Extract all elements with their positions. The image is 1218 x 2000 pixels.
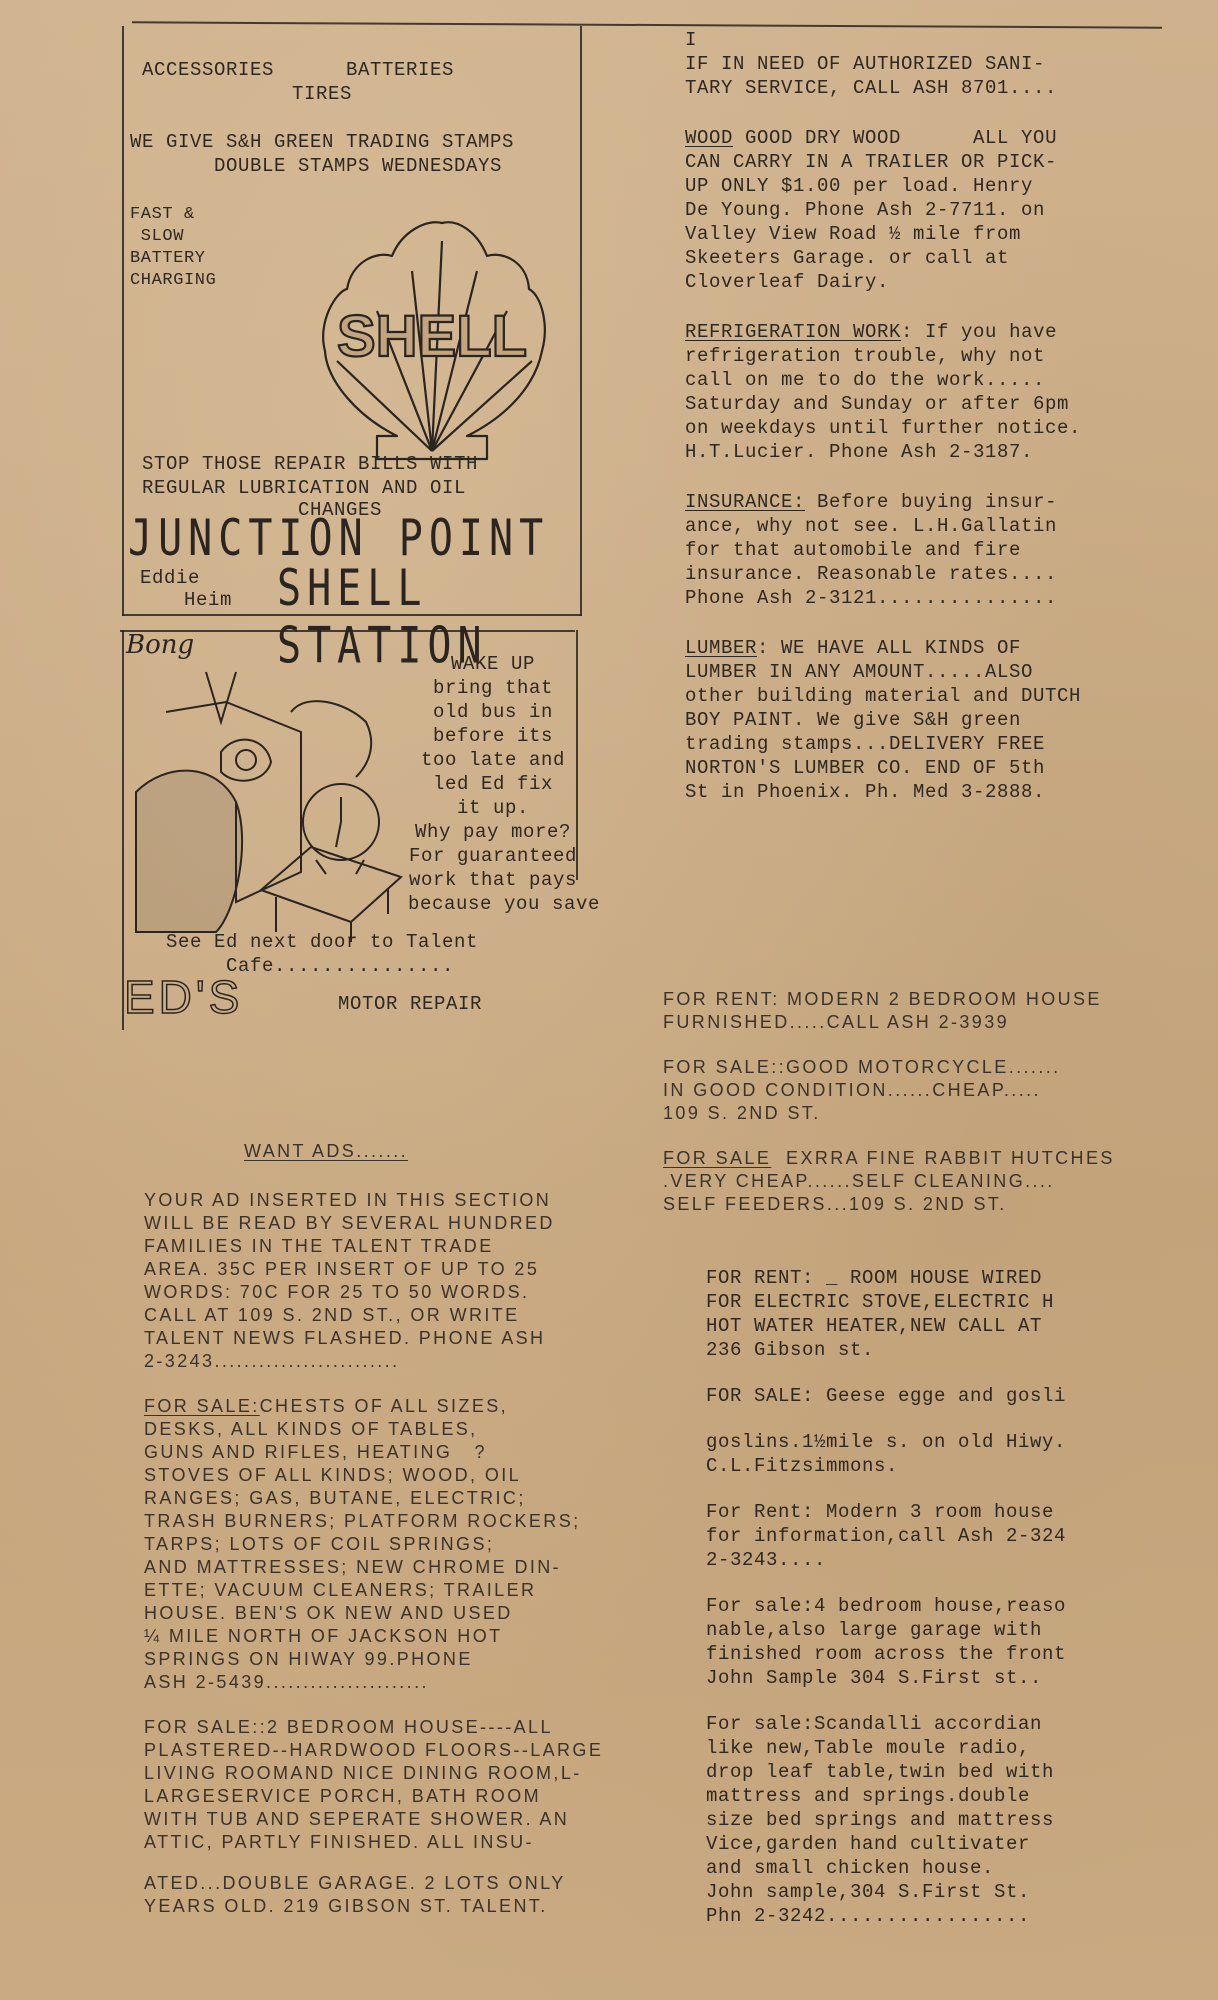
column-marker: I — [685, 28, 1205, 52]
ad-line: LUMBER: WE HAVE ALL KINDS OF — [685, 636, 1205, 660]
ad-line: For Rent: Modern 3 room house — [706, 1500, 1206, 1524]
ad-line: insurance. Reasonable rates.... — [685, 562, 1205, 586]
insurance-label: INSURANCE: — [685, 491, 805, 513]
ad-line: PLASTERED--HARDWOOD FLOORS--LARGE — [144, 1739, 644, 1762]
ad-line: ATED...DOUBLE GARAGE. 2 LOTS ONLY — [144, 1872, 644, 1895]
ad-line: LIVING ROOMAND NICE DINING ROOM,L- — [144, 1762, 644, 1785]
ad-line: FOR SALE::GOOD MOTORCYCLE....... — [663, 1056, 1213, 1079]
ad-line: 109 S. 2ND ST. — [663, 1102, 1213, 1125]
ad-line — [144, 1854, 644, 1872]
shell-accessories-line: ACCESSORIES BATTERIES — [142, 58, 454, 82]
shell-owner-first: Eddie — [140, 566, 200, 590]
ad-line: other building material and DUTCH — [685, 684, 1205, 708]
ad-line: Saturday and Sunday or after 6pm — [685, 392, 1205, 416]
want-ads-intro: YOUR AD INSERTED IN THIS SECTION WILL BE… — [144, 1189, 644, 1373]
ad-line: INSURANCE: Before buying insur- — [685, 490, 1205, 514]
ad-line: FOR SALE:CHESTS OF ALL SIZES, — [144, 1395, 644, 1418]
ad-line: ASH 2-5439...................... — [144, 1671, 644, 1694]
shell-stamps-line: WE GIVE S&H GREEN TRADING STAMPS — [130, 130, 514, 154]
ad-line: UP ONLY $1.00 per load. Henry — [685, 174, 1205, 198]
ad-line: 2-3243......................... — [144, 1350, 644, 1373]
geese-ad: FOR SALE: Geese egge and gosli goslins.1… — [706, 1384, 1206, 1478]
wood-label: WOOD — [685, 127, 733, 149]
ad-line: on weekdays until further notice. — [685, 416, 1205, 440]
ad-line: SPRINGS ON HIWAY 99.PHONE — [144, 1648, 644, 1671]
ad-line: FURNISHED.....CALL ASH 2-3939 — [663, 1011, 1213, 1034]
ad-line: NORTON'S LUMBER CO. END OF 5th — [685, 756, 1205, 780]
shell-box-left-border — [122, 26, 124, 616]
lumber-ad: LUMBER: WE HAVE ALL KINDS OF LUMBER IN A… — [685, 636, 1205, 804]
ad-line: REFRIGERATION WORK: If you have — [685, 320, 1205, 344]
four-bedroom-house-ad: For sale:4 bedroom house,reaso nable,als… — [706, 1594, 1206, 1690]
ad-line: drop leaf table,twin bed with — [706, 1760, 1206, 1784]
ad-line: For sale:4 bedroom house,reaso — [706, 1594, 1206, 1618]
ad-line: YOUR AD INSERTED IN THIS SECTION — [144, 1189, 644, 1212]
ad-line: TRASH BURNERS; PLATFORM ROCKERS; — [144, 1510, 644, 1533]
ad-line: WILL BE READ BY SEVERAL HUNDRED — [144, 1212, 644, 1235]
ad-line: DESKS, ALL KINDS OF TABLES, — [144, 1418, 644, 1441]
right-column-mid-ads: FOR RENT: MODERN 2 BEDROOM HOUSE FURNISH… — [663, 988, 1213, 1216]
ad-line: TALENT NEWS FLASHED. PHONE ASH — [144, 1327, 644, 1350]
ad-line: De Young. Phone Ash 2-7711. on — [685, 198, 1205, 222]
junction-point-title: JUNCTION POINT — [128, 510, 549, 568]
ad-line: IF IN NEED OF AUTHORIZED SANI- — [685, 52, 1205, 76]
ad-line: trading stamps...DELIVERY FREE — [685, 732, 1205, 756]
eds-tagline: MOTOR REPAIR — [338, 992, 482, 1016]
ad-line: mattress and springs.double — [706, 1784, 1206, 1808]
ad-line: FOR SALE EXRRA FINE RABBIT HUTCHES — [663, 1147, 1213, 1170]
right-column-top-ads: I IF IN NEED OF AUTHORIZED SANI- TARY SE… — [685, 28, 1205, 804]
want-ads-section: WANT ADS....... YOUR AD INSERTED IN THIS… — [144, 1140, 644, 1918]
ad-line: GUNS AND RIFLES, HEATING ? — [144, 1441, 644, 1464]
ad-line: size bed springs and mattress — [706, 1808, 1206, 1832]
insurance-ad: INSURANCE: Before buying insur- ance, wh… — [685, 490, 1205, 610]
ad-line: TARY SERVICE, CALL ASH 8701.... — [685, 76, 1205, 100]
eds-ad-copy: WAKE UP bring that old bus in before its… — [408, 652, 578, 916]
ad-line: Skeeters Garage. or call at — [685, 246, 1205, 270]
three-room-rent-ad: For Rent: Modern 3 room house for inform… — [706, 1500, 1206, 1572]
ad-line: SELF FEEDERS...109 S. 2ND ST. — [663, 1193, 1213, 1216]
ad-line: ATTIC, PARTLY FINISHED. ALL INSU- — [144, 1831, 644, 1854]
ad-line: goslins.1½mile s. on old Hiwy. — [706, 1430, 1206, 1454]
sanitary-service-ad: IF IN NEED OF AUTHORIZED SANI- TARY SERV… — [685, 52, 1205, 100]
refrigeration-label: REFRIGERATION WORK — [685, 321, 901, 343]
right-column-bottom-ads: FOR RENT: _ ROOM HOUSE WIRED FOR ELECTRI… — [706, 1266, 1206, 1928]
alarm-clock-cartoon-icon — [126, 652, 416, 942]
ad-line: WOOD GOOD DRY WOOD ALL YOU — [685, 126, 1205, 150]
ad-line: finished room across the front — [706, 1642, 1206, 1666]
eds-cafe-line: Cafe............... — [226, 954, 454, 978]
ad-line: for information,call Ash 2-324 — [706, 1524, 1206, 1548]
ad-line: RANGES; GAS, BUTANE, ELECTRIC; — [144, 1487, 644, 1510]
ad-line — [706, 1408, 1206, 1430]
ad-line: C.L.Fitzsimmons. — [706, 1454, 1206, 1478]
ad-line: LUMBER IN ANY AMOUNT.....ALSO — [685, 660, 1205, 684]
eds-text-line: led Ed fix — [408, 772, 578, 796]
eds-text-line: Why pay more? — [408, 820, 578, 844]
rabbit-label: FOR SALE — [663, 1148, 771, 1168]
bens-label: FOR SALE: — [144, 1396, 260, 1416]
ad-line: ¼ MILE NORTH OF JACKSON HOT — [144, 1625, 644, 1648]
ad-line: FOR SALE::2 BEDROOM HOUSE----ALL — [144, 1716, 644, 1739]
ad-line: like new,Table moule radio, — [706, 1736, 1206, 1760]
ad-line: TARPS; LOTS OF COIL SPRINGS; — [144, 1533, 644, 1556]
motorcycle-ad: FOR SALE::GOOD MOTORCYCLE....... IN GOOD… — [663, 1056, 1213, 1125]
ad-line: Vice,garden hand cultivater — [706, 1832, 1206, 1856]
ad-line: Valley View Road ½ mile from — [685, 222, 1205, 246]
ad-line: STOVES OF ALL KINDS; WOOD, OIL — [144, 1464, 644, 1487]
ad-line: 2-3243.... — [706, 1548, 1206, 1572]
shell-charging-1: FAST & — [130, 204, 195, 226]
eds-text-line: it up. — [408, 796, 578, 820]
ad-line: For sale:Scandalli accordian — [706, 1712, 1206, 1736]
wood-ad: WOOD GOOD DRY WOOD ALL YOU CAN CARRY IN … — [685, 126, 1205, 294]
shell-station-ad: ACCESSORIES BATTERIES TIRES WE GIVE S&H … — [122, 26, 580, 614]
shell-charging-2: SLOW — [130, 226, 184, 248]
ad-line: ETTE; VACUUM CLEANERS; TRAILER — [144, 1579, 644, 1602]
ad-line: St in Phoenix. Ph. Med 3-2888. — [685, 780, 1205, 804]
ad-line: YEARS OLD. 219 GIBSON ST. TALENT. — [144, 1895, 644, 1918]
rent-2-bedroom-ad: FOR RENT: MODERN 2 BEDROOM HOUSE FURNISH… — [663, 988, 1213, 1034]
ad-line: Cloverleaf Dairy. — [685, 270, 1205, 294]
eds-text-line: For guaranteed — [408, 844, 578, 868]
ad-line: and small chicken house. — [706, 1856, 1206, 1880]
svg-text:SHELL: SHELL — [337, 304, 527, 369]
ad-line: H.T.Lucier. Phone Ash 2-3187. — [685, 440, 1205, 464]
shell-owner-last: Heim — [184, 588, 232, 612]
ad-line: FOR RENT: MODERN 2 BEDROOM HOUSE — [663, 988, 1213, 1011]
shell-double-stamps-line: DOUBLE STAMPS WEDNESDAYS — [214, 154, 502, 178]
ad-line: FOR SALE: Geese egge and gosli — [706, 1384, 1206, 1408]
eds-text-line: before its — [408, 724, 578, 748]
ad-line: 236 Gibson st. — [706, 1338, 1206, 1362]
ad-line: CALL AT 109 S. 2ND ST., OR WRITE — [144, 1304, 644, 1327]
lumber-label: LUMBER — [685, 637, 757, 659]
eds-text-line: work that pays — [408, 868, 578, 892]
shell-charging-4: CHARGING — [130, 270, 216, 292]
eds-motor-repair-ad: Bong WAKE UP bring that old bus in befor… — [118, 622, 588, 1032]
ad-line: AND MATTRESSES; NEW CHROME DIN- — [144, 1556, 644, 1579]
shell-repair-line-1: STOP THOSE REPAIR BILLS WITH — [142, 452, 478, 476]
ad-line: Phone Ash 2-3121............... — [685, 586, 1205, 610]
eds-logo: ED'S — [124, 970, 243, 1024]
ad-line: FAMILIES IN THE TALENT TRADE — [144, 1235, 644, 1258]
ad-line: HOT WATER HEATER,NEW CALL AT — [706, 1314, 1206, 1338]
want-ads-title: WANT ADS....... — [244, 1140, 644, 1163]
ad-line: FOR RENT: _ ROOM HOUSE WIRED — [706, 1266, 1206, 1290]
ad-line: FOR ELECTRIC STOVE,ELECTRIC H — [706, 1290, 1206, 1314]
ad-line: for that automobile and fire — [685, 538, 1205, 562]
ad-line: AREA. 35C PER INSERT OF UP TO 25 — [144, 1258, 644, 1281]
ad-line: HOUSE. BEN'S OK NEW AND USED — [144, 1602, 644, 1625]
bens-furniture-ad: FOR SALE:CHESTS OF ALL SIZES, DESKS, ALL… — [144, 1395, 644, 1694]
ad-line: John Sample 304 S.First st.. — [706, 1666, 1206, 1690]
ad-line: John sample,304 S.First St. — [706, 1880, 1206, 1904]
eds-text-line: too late and — [408, 748, 578, 772]
shell-logo-icon: SHELL — [317, 211, 547, 466]
ad-line: ance, why not see. L.H.Gallatin — [685, 514, 1205, 538]
ad-line: BOY PAINT. We give S&H green — [685, 708, 1205, 732]
ad-line: refrigeration trouble, why not — [685, 344, 1205, 368]
eds-text-line: WAKE UP — [408, 652, 578, 676]
ad-line: LARGESERVICE PORCH, BATH ROOM — [144, 1785, 644, 1808]
eds-text-line: because you save — [408, 892, 578, 916]
eds-location-line: See Ed next door to Talent — [166, 930, 478, 954]
shell-repair-line-2: REGULAR LUBRICATION AND OIL — [142, 476, 466, 500]
ad-line: WORDS: 70C FOR 25 TO 50 WORDS. — [144, 1281, 644, 1304]
eds-text-line: old bus in — [408, 700, 578, 724]
ad-line: IN GOOD CONDITION......CHEAP..... — [663, 1079, 1213, 1102]
accordian-ad: For sale:Scandalli accordian like new,Ta… — [706, 1712, 1206, 1928]
ad-line: .VERY CHEAP......SELF CLEANING.... — [663, 1170, 1213, 1193]
room-house-rent-ad: FOR RENT: _ ROOM HOUSE WIRED FOR ELECTRI… — [706, 1266, 1206, 1362]
shell-charging-3: BATTERY — [130, 248, 206, 270]
rabbit-hutch-ad: FOR SALE EXRRA FINE RABBIT HUTCHES .VERY… — [663, 1147, 1213, 1216]
ad-line: Phn 2-3242................. — [706, 1904, 1206, 1928]
eds-text-line: bring that — [408, 676, 578, 700]
two-bedroom-house-ad: FOR SALE::2 BEDROOM HOUSE----ALL PLASTER… — [144, 1716, 644, 1918]
shell-tires-line: TIRES — [292, 82, 352, 106]
ad-line: WITH TUB AND SEPERATE SHOWER. AN — [144, 1808, 644, 1831]
ad-line: nable,also large garage with — [706, 1618, 1206, 1642]
ad-line: call on me to do the work..... — [685, 368, 1205, 392]
column-divider — [580, 26, 582, 616]
refrigeration-ad: REFRIGERATION WORK: If you have refriger… — [685, 320, 1205, 464]
ad-line: CAN CARRY IN A TRAILER OR PICK- — [685, 150, 1205, 174]
